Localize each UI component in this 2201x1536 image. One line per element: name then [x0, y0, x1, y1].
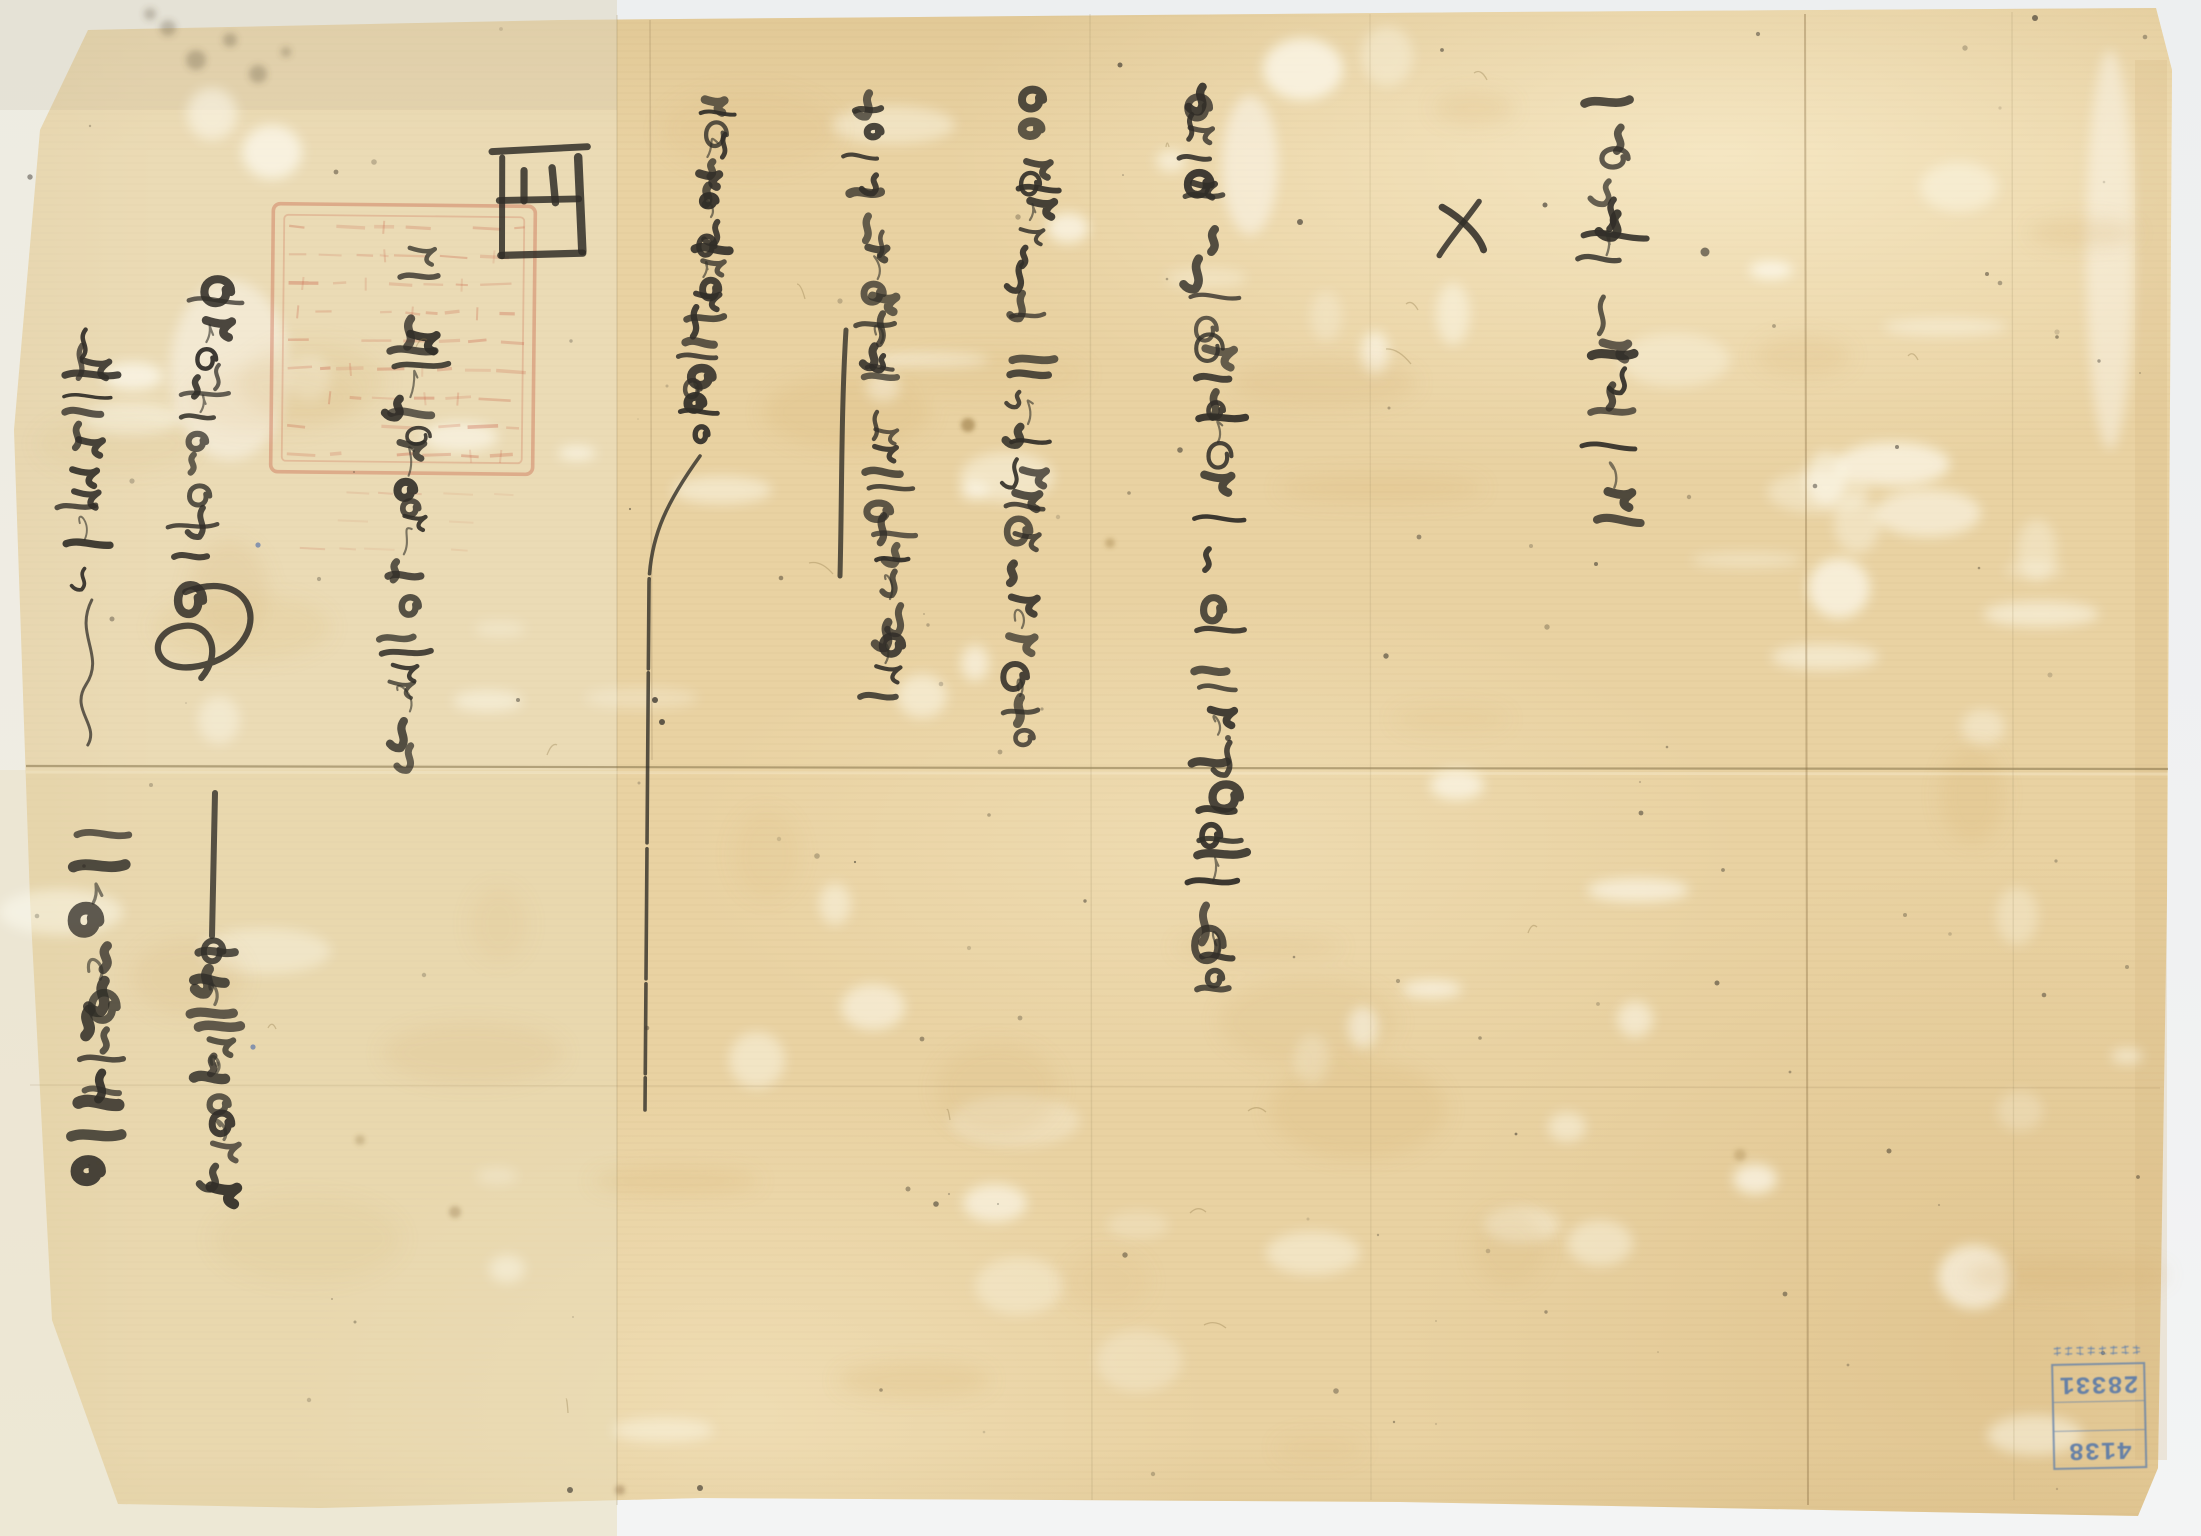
- stamp-kanji-row: [2051, 1343, 2145, 1358]
- stamp-empty-row: [2054, 1400, 2145, 1431]
- paper-sheet: [0, 0, 2201, 1536]
- stamp-row-top: 28331: [2053, 1364, 2144, 1402]
- stamp-box: 28331 4138: [2051, 1362, 2147, 1470]
- library-accession-stamp: 28331 4138: [2051, 1343, 2148, 1470]
- scan-background: 28331 4138: [0, 0, 2201, 1536]
- stamp-row-bottom: 4138: [2055, 1429, 2146, 1468]
- stamp-number-bottom: 4138: [2068, 1434, 2133, 1464]
- stamp-number-top: 28331: [2058, 1368, 2139, 1399]
